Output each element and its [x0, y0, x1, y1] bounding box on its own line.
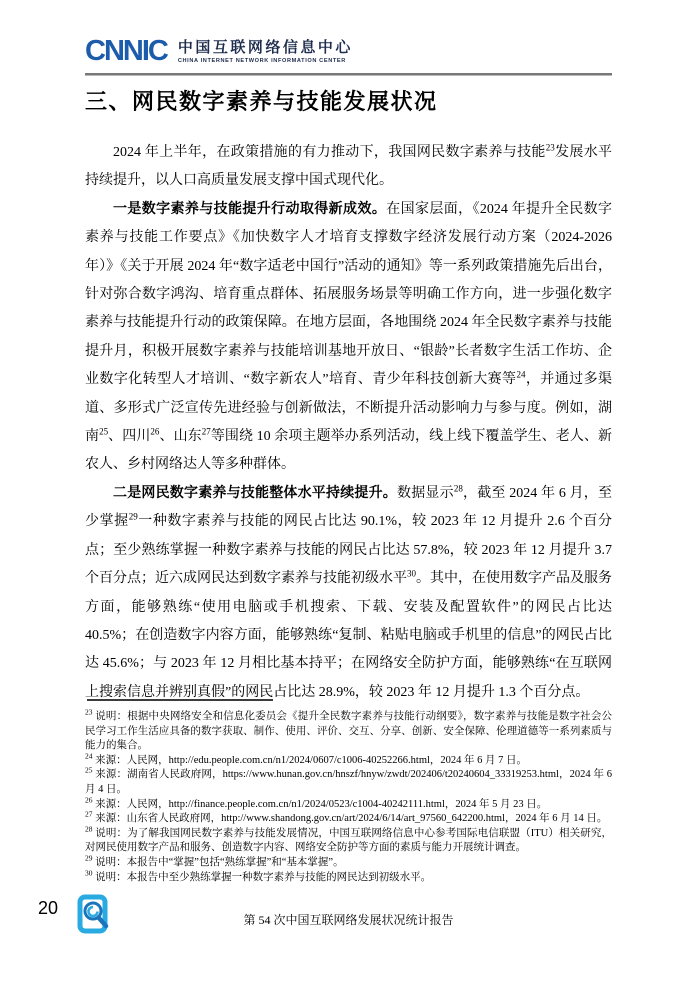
- footnote-text: 说明：本报告中至少熟练掌握一种数字素养与技能的网民达到初级水平。: [93, 872, 432, 883]
- text-run: 、山东: [159, 429, 201, 444]
- footnote-number: 26: [85, 795, 93, 804]
- footnote-number: 30: [85, 868, 93, 877]
- footnote-text: 来源：人民网，http://finance.people.com.cn/n1/2…: [93, 799, 548, 810]
- header: CNNIC 中国互联网络信息中心 CHINA INTERNET NETWORK …: [85, 36, 353, 66]
- footnote-number: 24: [85, 751, 93, 760]
- text-run: 二是网民数字素养与技能整体水平持续提升。: [113, 486, 397, 501]
- footnote-number: 27: [85, 810, 93, 819]
- text-run: 在国家层面，《2024 年提升全民数字素养与技能工作要点》《加快数字人才培育支撑…: [85, 202, 612, 387]
- header-divider: [85, 73, 612, 76]
- footnote-ref: 29: [129, 512, 138, 522]
- paragraph: 二是网民数字素养与技能整体水平持续提升。数据显示28，截至 2024 年 6 月…: [85, 480, 612, 707]
- footnote: 26 来源：人民网，http://finance.people.com.cn/n…: [85, 798, 612, 813]
- text-run: 一是数字素养与技能提升行动取得新成效。: [113, 202, 386, 217]
- report-title: 第 54 次中国互联网络发展状况统计报告: [85, 911, 612, 928]
- footnote: 23 说明：根据中央网络安全和信息化委员会《提升全民数字素养与技能行动纲要》，数…: [85, 710, 612, 754]
- footnote: 29 说明：本报告中“掌握”包括“熟练掌握”和“基本掌握”。: [85, 856, 612, 871]
- text-run: 数据显示: [397, 486, 454, 501]
- footnote: 30 说明：本报告中至少熟练掌握一种数字素养与技能的网民达到初级水平。: [85, 871, 612, 886]
- footnote-ref: 28: [454, 483, 463, 493]
- footnotes-list: 23 说明：根据中央网络安全和信息化委员会《提升全民数字素养与技能行动纲要》，数…: [85, 710, 612, 885]
- footnote-ref: 30: [407, 568, 416, 578]
- footnote-ref: 27: [202, 426, 211, 436]
- paragraph: 2024 年上半年，在政策措施的有力推动下，我国网民数字素养与技能23发展水平持…: [85, 139, 612, 196]
- footnotes: 23 说明：根据中央网络安全和信息化委员会《提升全民数字素养与技能行动纲要》，数…: [85, 699, 612, 885]
- footnote-text: 说明：为了解我国网民数字素养与技能发展情况，中国互联网络信息中心参考国际电信联盟…: [85, 828, 612, 854]
- footnote-text: 来源：山东省人民政府网，http://www.shandong.gov.cn/a…: [93, 813, 608, 824]
- footnote-text: 来源：湖南省人民政府网，https://www.hunan.gov.cn/hns…: [85, 769, 612, 795]
- section-title: 三、网民数字素养与技能发展状况: [85, 85, 438, 116]
- org-name-block: 中国互联网络信息中心 CHINA INTERNET NETWORK INFORM…: [178, 39, 353, 65]
- text-run: 2024 年上半年，在政策措施的有力推动下，我国网民数字素养与技能: [113, 145, 546, 160]
- text-run: 、四川: [108, 429, 150, 444]
- paragraph: 一是数字素养与技能提升行动取得新成效。在国家层面，《2024 年提升全民数字素养…: [85, 196, 612, 480]
- org-name-en: CHINA INTERNET NETWORK INFORMATION CENTE…: [178, 57, 353, 65]
- footnote-divider: [87, 699, 273, 701]
- footnote-number: 28: [85, 824, 93, 833]
- footnote-ref: 25: [99, 426, 108, 436]
- page-number: 20: [38, 898, 58, 919]
- footnote-number: 23: [85, 708, 93, 717]
- footnote-ref: 23: [546, 142, 555, 152]
- footnote-text: 来源：人民网，http://edu.people.com.cn/n1/2024/…: [93, 755, 528, 766]
- footnote: 27 来源：山东省人民政府网，http://www.shandong.gov.c…: [85, 812, 612, 827]
- footnote: 25 来源：湖南省人民政府网，https://www.hunan.gov.cn/…: [85, 768, 612, 797]
- footnote-text: 说明：本报告中“掌握”包括“熟练掌握”和“基本掌握”。: [93, 857, 344, 868]
- footnote: 24 来源：人民网，http://edu.people.com.cn/n1/20…: [85, 754, 612, 769]
- footnote-text: 说明：根据中央网络安全和信息化委员会《提升全民数字素养与技能行动纲要》，数字素养…: [85, 711, 612, 751]
- text-run: 。其中，在使用数字产品及服务方面，能够熟练“使用电脑或手机搜索、下载、安装及配置…: [85, 571, 612, 700]
- report-page: CNNIC 中国互联网络信息中心 CHINA INTERNET NETWORK …: [0, 0, 695, 982]
- footnote-number: 25: [85, 766, 93, 775]
- cnnic-logo: CNNIC: [85, 36, 167, 66]
- footnote: 28 说明：为了解我国网民数字素养与技能发展情况，中国互联网络信息中心参考国际电…: [85, 827, 612, 856]
- org-name-cn: 中国互联网络信息中心: [178, 39, 353, 57]
- body-paragraphs: 2024 年上半年，在政策措施的有力推动下，我国网民数字素养与技能23发展水平持…: [85, 139, 612, 707]
- footnote-number: 29: [85, 853, 93, 862]
